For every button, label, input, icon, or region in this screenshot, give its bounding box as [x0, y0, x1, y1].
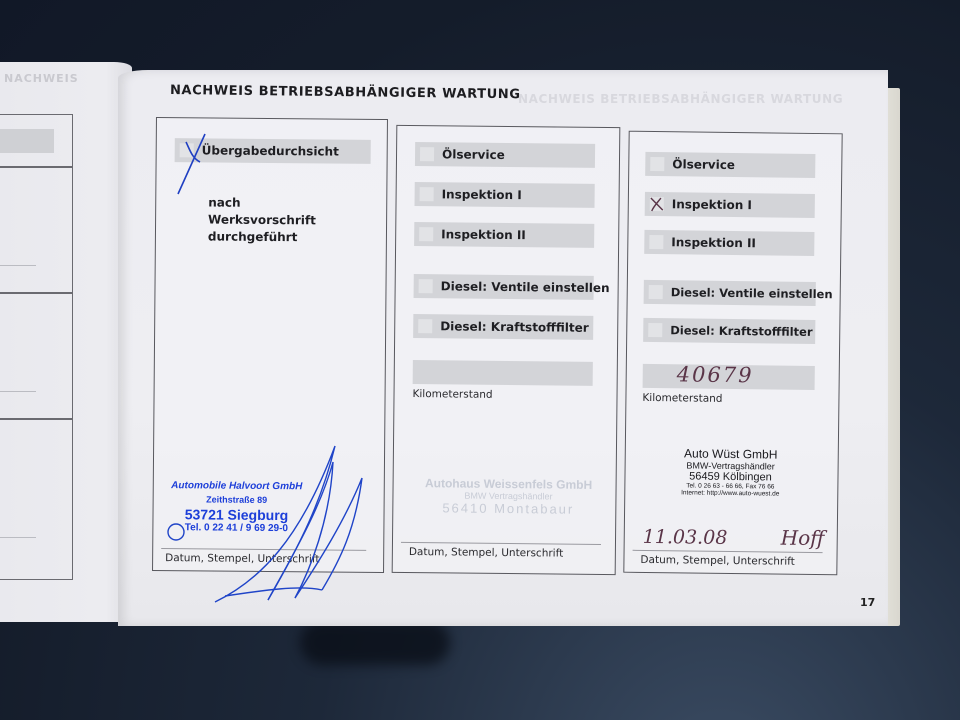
item-diesel-ventile[interactable]: Diesel: Ventile einstellen [644, 280, 816, 306]
stamp-line: 53721 Siegburg [161, 506, 311, 523]
item-label: Inspektion I [672, 197, 752, 212]
item-label: Diesel: Ventile einstellen [441, 279, 610, 295]
km-label: Kilometerstand [642, 392, 722, 405]
left-box-3 [0, 418, 73, 580]
stamp-line: Internet: http://www.auto-wuest.de [665, 489, 795, 498]
item-uebergabedurchsicht[interactable]: Übergabedurchsicht [175, 138, 371, 164]
note-line: Werksvorschrift [208, 211, 316, 229]
checkbox[interactable] [420, 147, 434, 161]
signature-line [161, 548, 366, 551]
checkbox[interactable] [649, 285, 663, 299]
page-title: NACHWEIS BETRIEBSABHÄNGIGER WARTUNG [170, 83, 521, 102]
ghost-stamp-line: Autohaus Weissenfels GmbH [414, 476, 604, 492]
check-mark-x-icon [649, 196, 665, 212]
checkbox[interactable] [650, 157, 664, 171]
km-value-handwritten: 40679 [677, 362, 754, 387]
checkbox[interactable] [418, 319, 432, 333]
ghost-stamp-line: 56410 Montabaur [413, 500, 603, 517]
item-label: Diesel: Kraftstofffilter [440, 319, 589, 335]
item-label: Diesel: Kraftstofffilter [670, 323, 812, 339]
kilometerstand-field[interactable]: 40679 [643, 364, 815, 390]
checkbox[interactable] [648, 323, 662, 337]
item-oelservice[interactable]: Ölservice [645, 152, 815, 178]
item-label: Diesel: Ventile einstellen [671, 285, 833, 301]
item-inspektion-2[interactable]: Inspektion II [414, 222, 594, 248]
checkbox[interactable] [420, 187, 434, 201]
left-box-2 [0, 292, 73, 420]
footer-label: Datum, Stempel, Unterschrift [409, 546, 564, 560]
kilometerstand-field[interactable] [413, 360, 593, 386]
service-box-3: Ölservice Inspektion I Inspektion II Die… [623, 131, 842, 576]
signature-line [633, 550, 823, 553]
left-box-1 [0, 166, 73, 294]
left-line [0, 537, 36, 538]
left-box-header [0, 114, 73, 168]
stamp-line: Zeithstraße 89 [162, 494, 312, 505]
bleed-through-stamp: Autohaus Weissenfels GmbH BMW Vertragshä… [413, 476, 603, 517]
item-diesel-ventile[interactable]: Diesel: Ventile einstellen [414, 274, 594, 300]
item-inspektion-1[interactable]: Inspektion I [645, 192, 815, 218]
item-diesel-kraftstofffilter[interactable]: Diesel: Kraftstofffilter [413, 314, 593, 340]
dealer-stamp: Auto Wüst GmbH BMW-Vertragshändler 56459… [665, 446, 796, 498]
left-page: NACHWEIS [0, 62, 132, 622]
note-line: nach [208, 194, 316, 212]
item-label: Ölservice [672, 157, 735, 172]
footer-label: Datum, Stempel, Unterschrift [640, 554, 795, 568]
checkbox[interactable] [419, 279, 433, 293]
km-label: Kilometerstand [412, 388, 492, 401]
date-handwritten: 11.03.08 [643, 526, 728, 549]
booklet-shadow [300, 620, 450, 665]
stamp-line: Automobile Halvoort GmbH [162, 480, 312, 492]
stamp-line: Auto Wüst GmbH [666, 446, 796, 462]
signature-line [401, 542, 601, 545]
note-text: nach Werksvorschrift durchgeführt [208, 194, 316, 246]
dealer-stamp: Automobile Halvoort GmbH Zeithstraße 89 … [161, 480, 311, 534]
checkbox[interactable] [649, 235, 663, 249]
signature: Hoff [781, 526, 825, 551]
service-box-1: Übergabedurchsicht nach Werksvorschrift … [152, 117, 388, 573]
item-inspektion-2[interactable]: Inspektion II [644, 230, 814, 256]
item-label: Inspektion II [671, 235, 756, 250]
left-box-bar [0, 129, 54, 153]
service-box-2: Ölservice Inspektion I Inspektion II Die… [392, 125, 621, 575]
footer-label: Datum, Stempel, Unterschrift [165, 552, 319, 565]
left-line [0, 391, 36, 392]
checkbox[interactable] [180, 143, 194, 157]
item-diesel-kraftstofffilter[interactable]: Diesel: Kraftstofffilter [643, 318, 815, 344]
page-number: 17 [860, 596, 875, 609]
bleed-through-title: NACHWEIS BETRIEBSABHÄNGIGER WARTUNG [518, 92, 843, 106]
item-label: Übergabedurchsicht [202, 143, 339, 158]
note-line: durchgeführt [208, 228, 316, 246]
left-line [0, 265, 36, 266]
item-label: Ölservice [442, 147, 505, 162]
right-page: NACHWEIS BETRIEBSABHÄNGIGER WARTUNG NACH… [118, 70, 888, 626]
stamp-line: Tel. 0 22 41 / 9 69 29-0 [161, 522, 311, 534]
item-label: Inspektion I [442, 187, 522, 202]
item-label: Inspektion II [441, 227, 526, 242]
item-inspektion-1[interactable]: Inspektion I [415, 182, 595, 208]
item-oelservice[interactable]: Ölservice [415, 142, 595, 168]
left-page-ghost-title: NACHWEIS [4, 72, 79, 85]
checkbox[interactable] [419, 227, 433, 241]
checkbox[interactable] [650, 197, 664, 211]
